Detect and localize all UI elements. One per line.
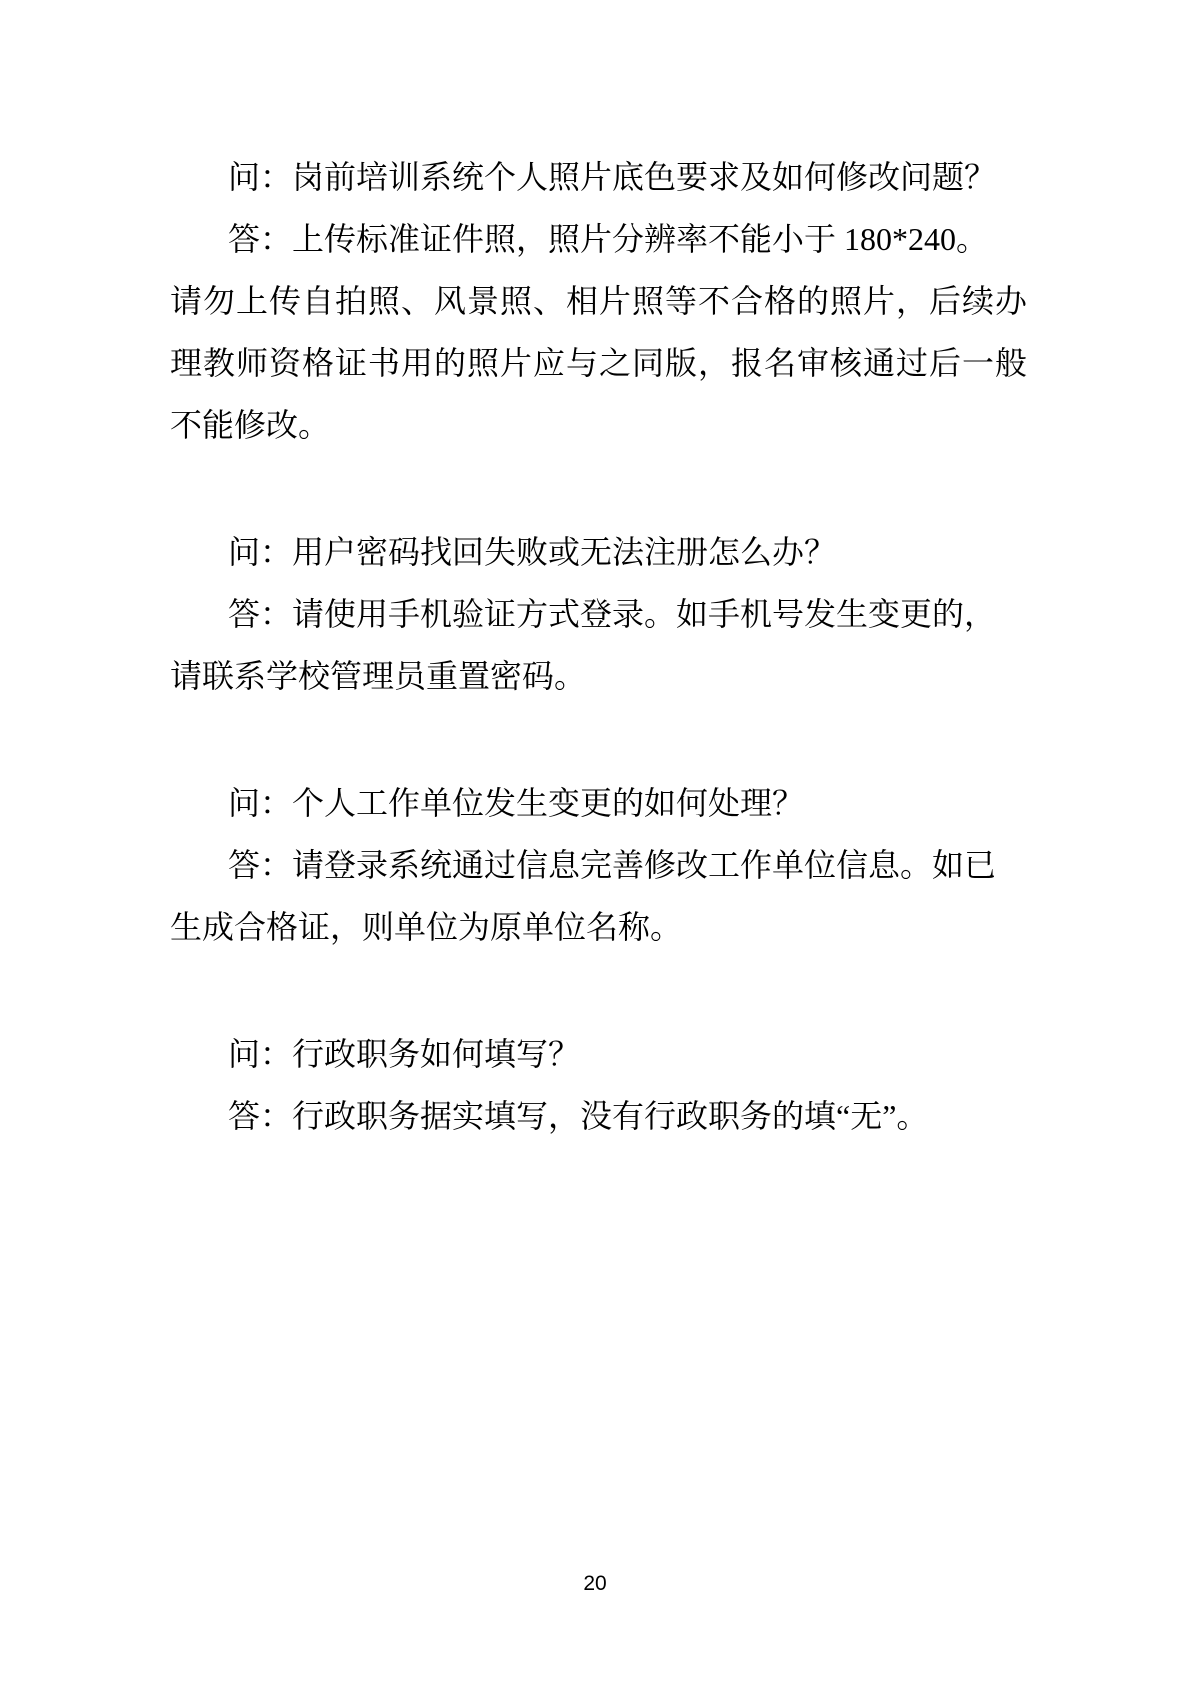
page-footer: 20 bbox=[0, 1572, 1190, 1596]
document-body: 问：岗前培训系统个人照片底色要求及如何修改问题？ 答：上传标准证件照，照片分辨率… bbox=[170, 146, 1022, 1212]
answer-continuation-line: 请联系学校管理员重置密码。 bbox=[170, 645, 1022, 707]
question-line: 问：用户密码找回失败或无法注册怎么办？ bbox=[170, 521, 1022, 583]
answer-line: 答：请使用手机验证方式登录。如手机号发生变更的， bbox=[170, 583, 1022, 645]
page-number: 20 bbox=[583, 1572, 606, 1595]
answer-continuation-line: 生成合格证，则单位为原单位名称。 bbox=[170, 896, 1022, 958]
faq-section-admin-duty: 问：行政职务如何填写？ 答：行政职务据实填写，没有行政职务的填“无”。 bbox=[170, 1023, 1022, 1147]
faq-section-work-unit: 问：个人工作单位发生变更的如何处理？ 答：请登录系统通过信息完善修改工作单位信息… bbox=[170, 772, 1022, 958]
answer-line: 答：请登录系统通过信息完善修改工作单位信息。如已 bbox=[170, 834, 1022, 896]
question-line: 问：个人工作单位发生变更的如何处理？ bbox=[170, 772, 1022, 834]
question-line: 问：岗前培训系统个人照片底色要求及如何修改问题？ bbox=[170, 146, 1022, 208]
question-line: 问：行政职务如何填写？ bbox=[170, 1023, 1022, 1085]
answer-continuation-line: 请勿上传自拍照、风景照、相片照等不合格的照片，后续办 bbox=[170, 270, 1022, 332]
answer-continuation-line: 不能修改。 bbox=[170, 394, 1022, 456]
document-page: 问：岗前培训系统个人照片底色要求及如何修改问题？ 答：上传标准证件照，照片分辨率… bbox=[0, 0, 1190, 1683]
faq-section-password: 问：用户密码找回失败或无法注册怎么办？ 答：请使用手机验证方式登录。如手机号发生… bbox=[170, 521, 1022, 707]
answer-line: 答：行政职务据实填写，没有行政职务的填“无”。 bbox=[170, 1085, 1022, 1147]
answer-line: 答：上传标准证件照，照片分辨率不能小于 180*240。 bbox=[170, 208, 1022, 270]
faq-section-photo: 问：岗前培训系统个人照片底色要求及如何修改问题？ 答：上传标准证件照，照片分辨率… bbox=[170, 146, 1022, 456]
answer-continuation-line: 理教师资格证书用的照片应与之同版，报名审核通过后一般 bbox=[170, 332, 1022, 394]
